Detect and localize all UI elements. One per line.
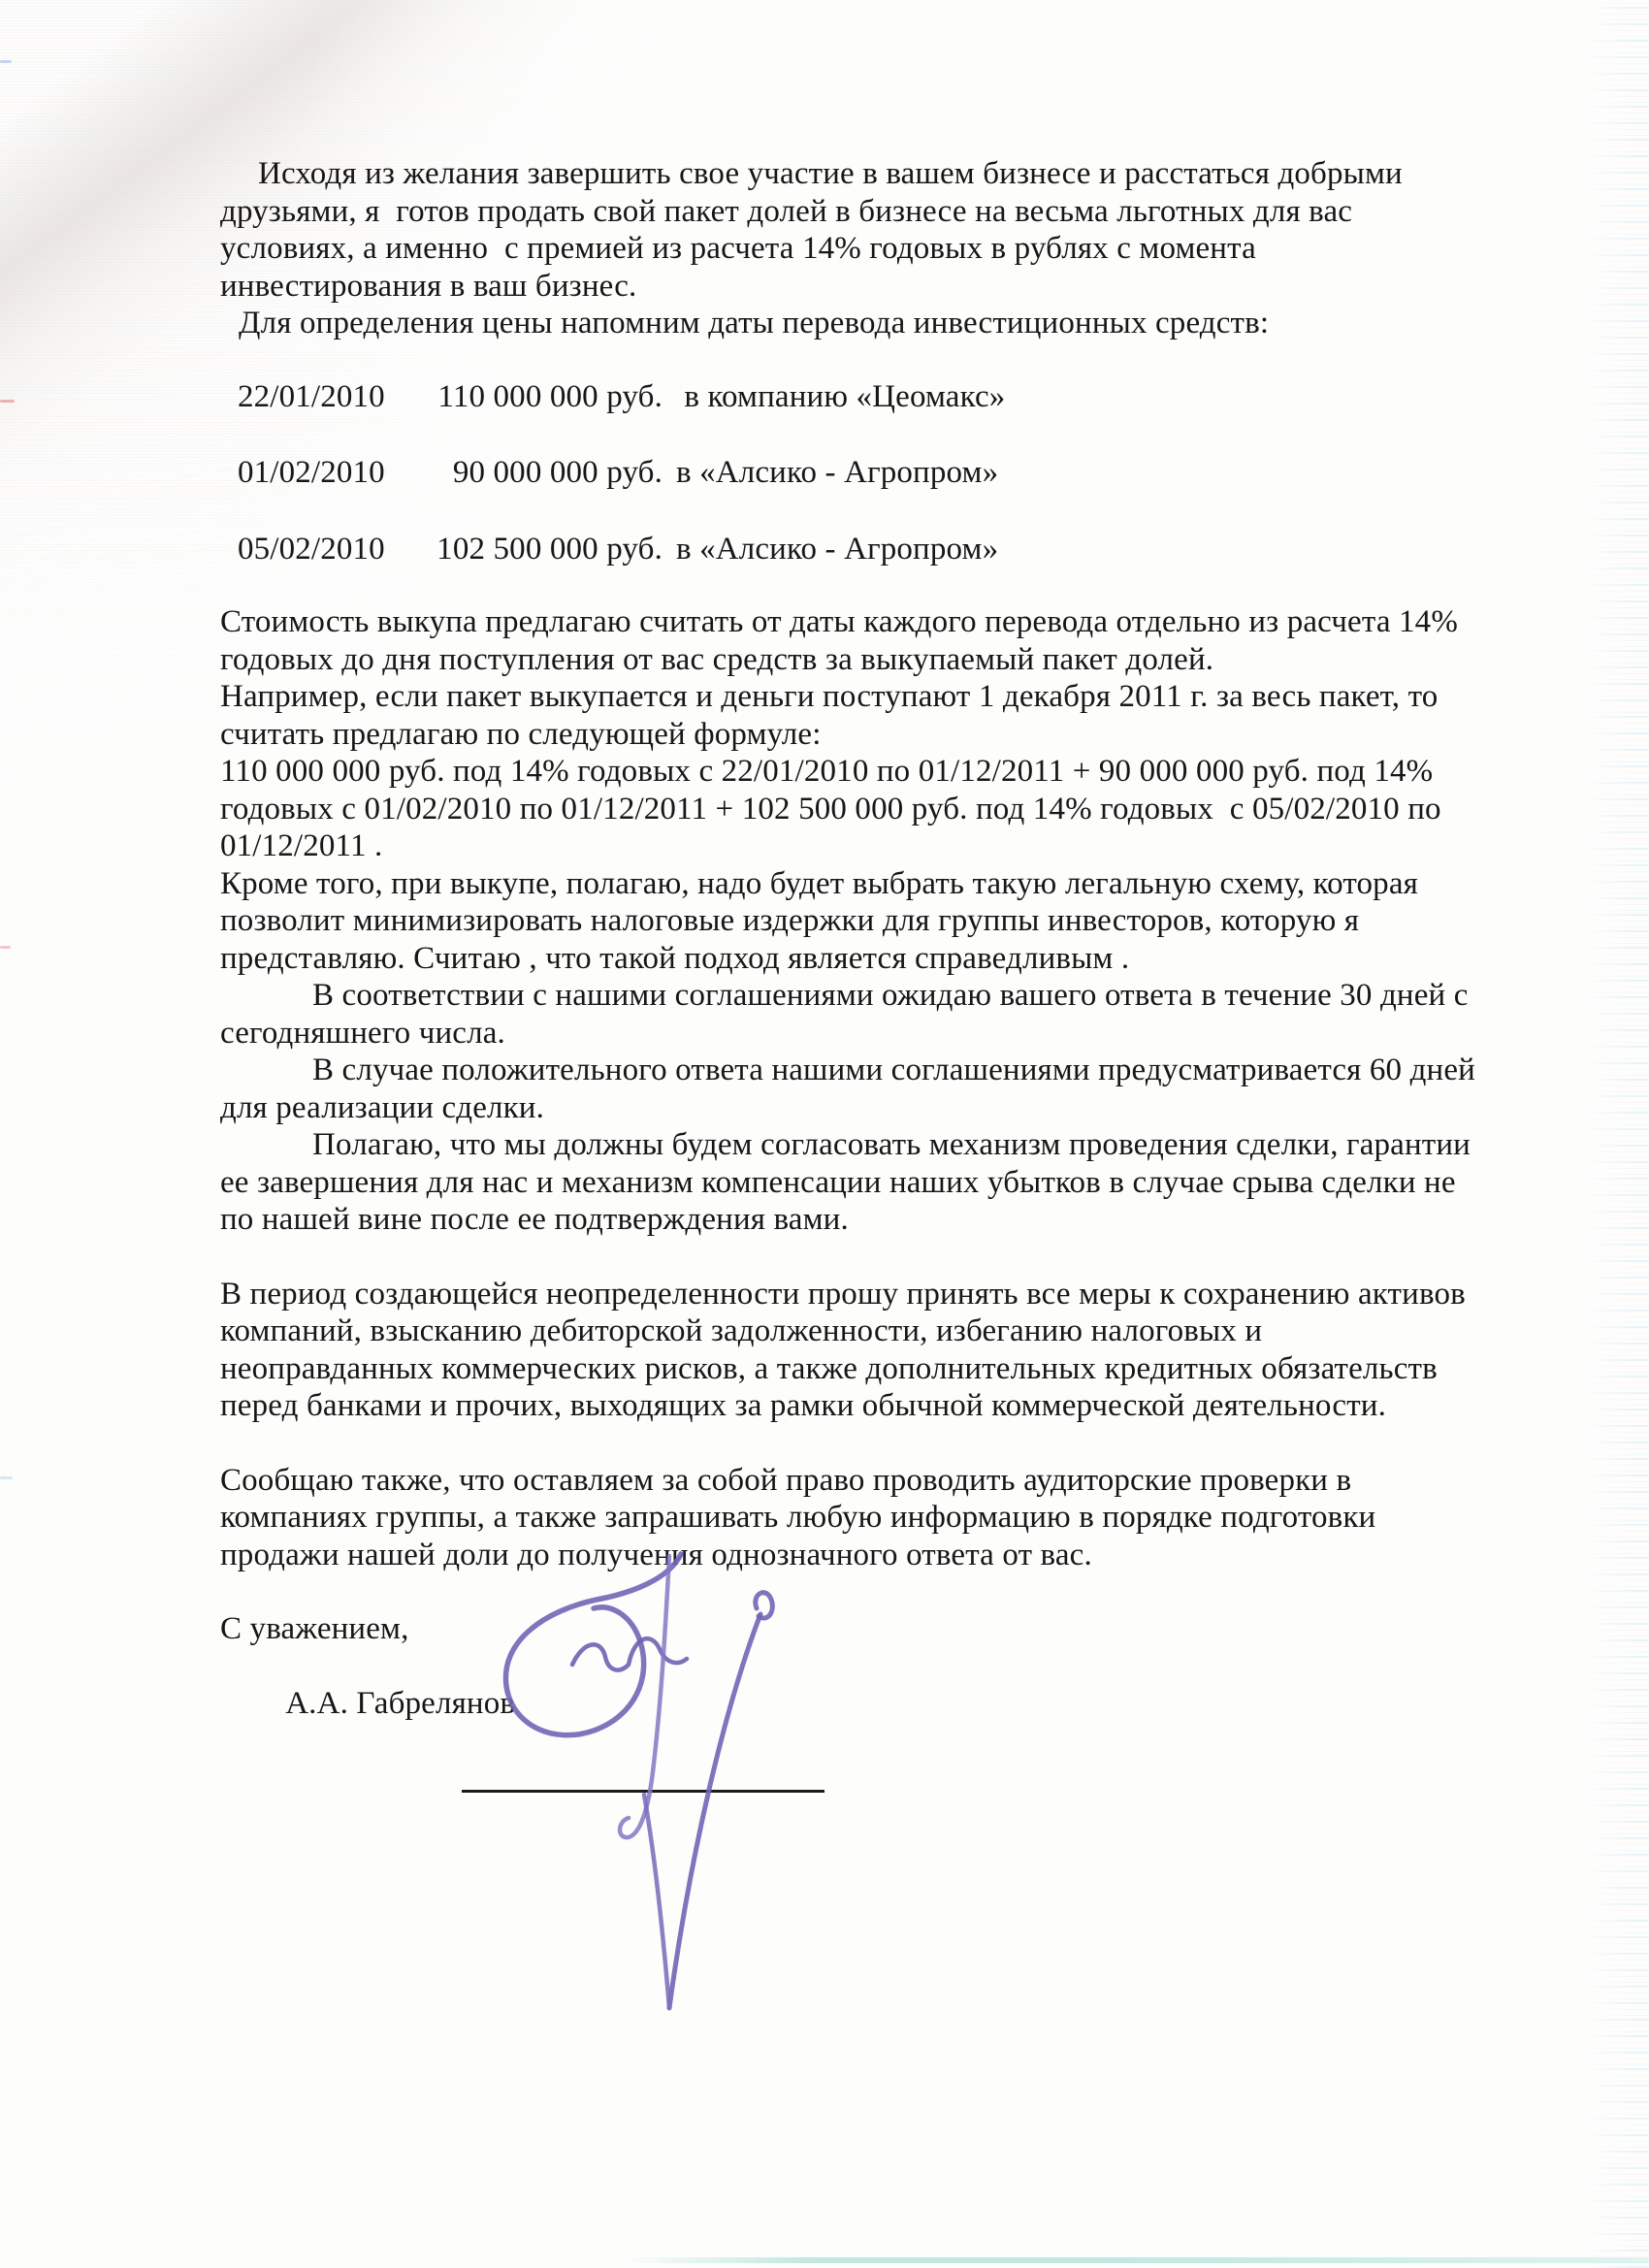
paragraph-7: В период создающейся неопределенности пр… [220,1276,1491,1425]
text-line: 110 000 000 руб. под 14% годовых с 22/01… [220,753,1491,791]
text-line: Полагаю, что мы должны будем согласовать… [220,1126,1491,1164]
paragraph-2: Для определения цены напомним даты перев… [220,305,1491,342]
scan-noise-dash [0,1476,13,1479]
text-line: компаниях группы, а также запрашивать лю… [220,1499,1491,1537]
transfer-recipient: в компанию «Цеомакс» [663,378,1005,416]
text-line: годовых до дня поступления от вас средст… [220,641,1491,679]
transfer-amount: 90 000 000 руб. [424,454,663,492]
paragraph-6: Полагаю, что мы должны будем согласовать… [220,1126,1491,1239]
transfer-row: 01/02/2010 90 000 000 руб. в «Алсико - А… [220,454,1491,492]
bottom-scan-line-artifact [621,2257,1649,2263]
text-line: годовых с 01/02/2010 по 01/12/2011 + 102… [220,791,1491,828]
text-line: Кроме того, при выкупе, полагаю, надо бу… [220,865,1491,903]
text-line: неоправданных коммерческих рисков, а так… [220,1350,1491,1388]
text-line: инвестирования в ваш бизнес. [220,268,1491,306]
transfer-recipient: в «Алсико - Агропром» [663,454,998,492]
text-line: для реализации сделки. [220,1089,1491,1127]
transfer-date: 05/02/2010 [220,531,424,568]
transfer-recipient: в «Алсико - Агропром» [663,531,998,568]
text-line: Стоимость выкупа предлагаю считать от да… [220,603,1491,641]
text-line: В соответствии с нашими соглашениями ожи… [220,977,1491,1015]
text-line: считать предлагаю по следующей формуле: [220,716,1491,754]
paragraph-4: В соответствии с нашими соглашениями ожи… [220,977,1491,1052]
text-line: условиях, а именно с премией из расчета … [220,230,1491,268]
paragraph-1: Исходя из желания завершить свое участие… [220,155,1491,305]
text-line: В период создающейся неопределенности пр… [220,1276,1491,1313]
scan-noise-dash [0,400,15,403]
transfer-list: 22/01/2010 110 000 000 руб. в компанию «… [220,378,1491,568]
text-line: компаний, взысканию дебиторской задолжен… [220,1312,1491,1350]
right-edge-scan-streaks [1585,0,1649,2268]
text-line: В случае положительного ответа нашими со… [220,1052,1491,1089]
transfer-date: 01/02/2010 [220,454,424,492]
transfer-amount: 110 000 000 руб. [424,378,663,416]
text-line: ее завершения для нас и механизм компенс… [220,1164,1491,1202]
text-line: по нашей вине после ее подтверждения вам… [220,1201,1491,1239]
text-line: Для определения цены напомним даты перев… [220,305,1491,342]
text-line: 01/12/2011 . [220,827,1491,865]
transfer-amount: 102 500 000 руб. [424,531,663,568]
text-line: позволит минимизировать налоговые издерж… [220,902,1491,940]
scan-noise-dash [0,60,12,63]
text-line: Сообщаю также, что оставляем за собой пр… [220,1462,1491,1500]
transfer-row: 05/02/2010 102 500 000 руб. в «Алсико - … [220,531,1491,568]
scan-noise-dash [0,946,11,949]
transfer-row: 22/01/2010 110 000 000 руб. в компанию «… [220,378,1491,416]
text-line: Например, если пакет выкупается и деньги… [220,678,1491,716]
paragraph-5: В случае положительного ответа нашими со… [220,1052,1491,1126]
paragraph-3: Стоимость выкупа предлагаю считать от да… [220,603,1491,977]
text-line: перед банками и прочих, выходящих за рам… [220,1387,1491,1425]
handwritten-signature [427,1550,873,2055]
text-line: сегодняшнего числа. [220,1015,1491,1053]
transfer-date: 22/01/2010 [220,378,424,416]
text-line: друзьями, я готов продать свой пакет дол… [220,193,1491,231]
document-page: Исходя из желания завершить свое участие… [0,0,1649,2268]
text-line: представляю. Считаю , что такой подход я… [220,940,1491,978]
text-line: Исходя из желания завершить свое участие… [220,155,1491,193]
